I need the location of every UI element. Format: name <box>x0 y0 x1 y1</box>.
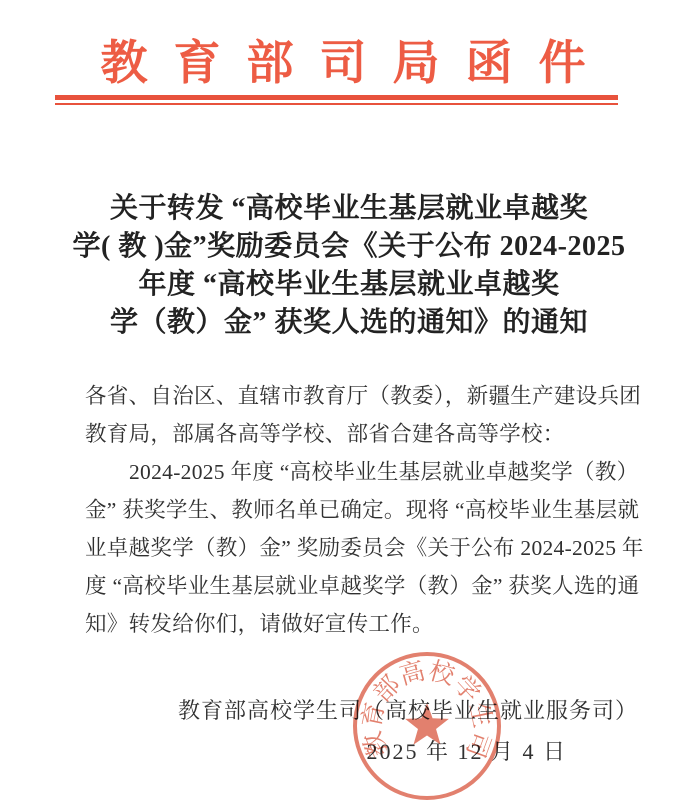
document-title: 关于转发 “高校毕业生基层就业卓越奖 学( 教 )金”奖励委员会《关于公布 20… <box>0 190 698 342</box>
divider-thick-line <box>55 95 618 100</box>
document-body: 各省、自治区、直辖市教育厅（教委），新疆生产建设兵团 教育局，部属各高等学校、部… <box>85 377 621 643</box>
seal-star-icon <box>405 703 449 745</box>
doc-title-line: 关于转发 “高校毕业生基层就业卓越奖 <box>0 190 698 228</box>
body-line: 知》转发给你们，请做好宣传工作。 <box>85 605 621 643</box>
letterhead-divider <box>55 95 618 105</box>
letterhead-title: 教育部司局函件 <box>0 26 698 93</box>
body-line: 金” 获奖学生、教师名单已确定。现将 “高校毕业生基层就 <box>85 491 621 529</box>
doc-title-line: 学（教）金” 获奖人选的通知》的通知 <box>0 304 698 342</box>
body-line: 业卓越奖学（教）金” 奖励委员会《关于公布 2024-2025 年 <box>85 529 621 567</box>
main-paragraph: 2024-2025 年度 “高校毕业生基层就业卓越奖学（教） 金” 获奖学生、教… <box>85 453 621 643</box>
salutation: 各省、自治区、直辖市教育厅（教委），新疆生产建设兵团 教育局，部属各高等学校、部… <box>85 377 621 453</box>
body-line: 度 “高校毕业生基层就业卓越奖学（教）金” 获奖人选的通 <box>85 567 621 605</box>
document-page: 教育部司局函件 关于转发 “高校毕业生基层就业卓越奖 学( 教 )金”奖励委员会… <box>0 0 698 806</box>
doc-title-line: 年度 “高校毕业生基层就业卓越奖 <box>0 266 698 304</box>
official-seal: 教育部高校学生司 <box>342 641 512 806</box>
body-line: 教育局，部属各高等学校、部省合建各高等学校： <box>85 415 621 453</box>
body-line: 2024-2025 年度 “高校毕业生基层就业卓越奖学（教） <box>85 453 621 491</box>
svg-text:生: 生 <box>464 700 496 730</box>
svg-text:司: 司 <box>461 728 495 761</box>
divider-thin-line <box>55 103 618 105</box>
body-line: 各省、自治区、直辖市教育厅（教委），新疆生产建设兵团 <box>85 377 621 415</box>
doc-title-line: 学( 教 )金”奖励委员会《关于公布 2024-2025 <box>0 228 698 266</box>
